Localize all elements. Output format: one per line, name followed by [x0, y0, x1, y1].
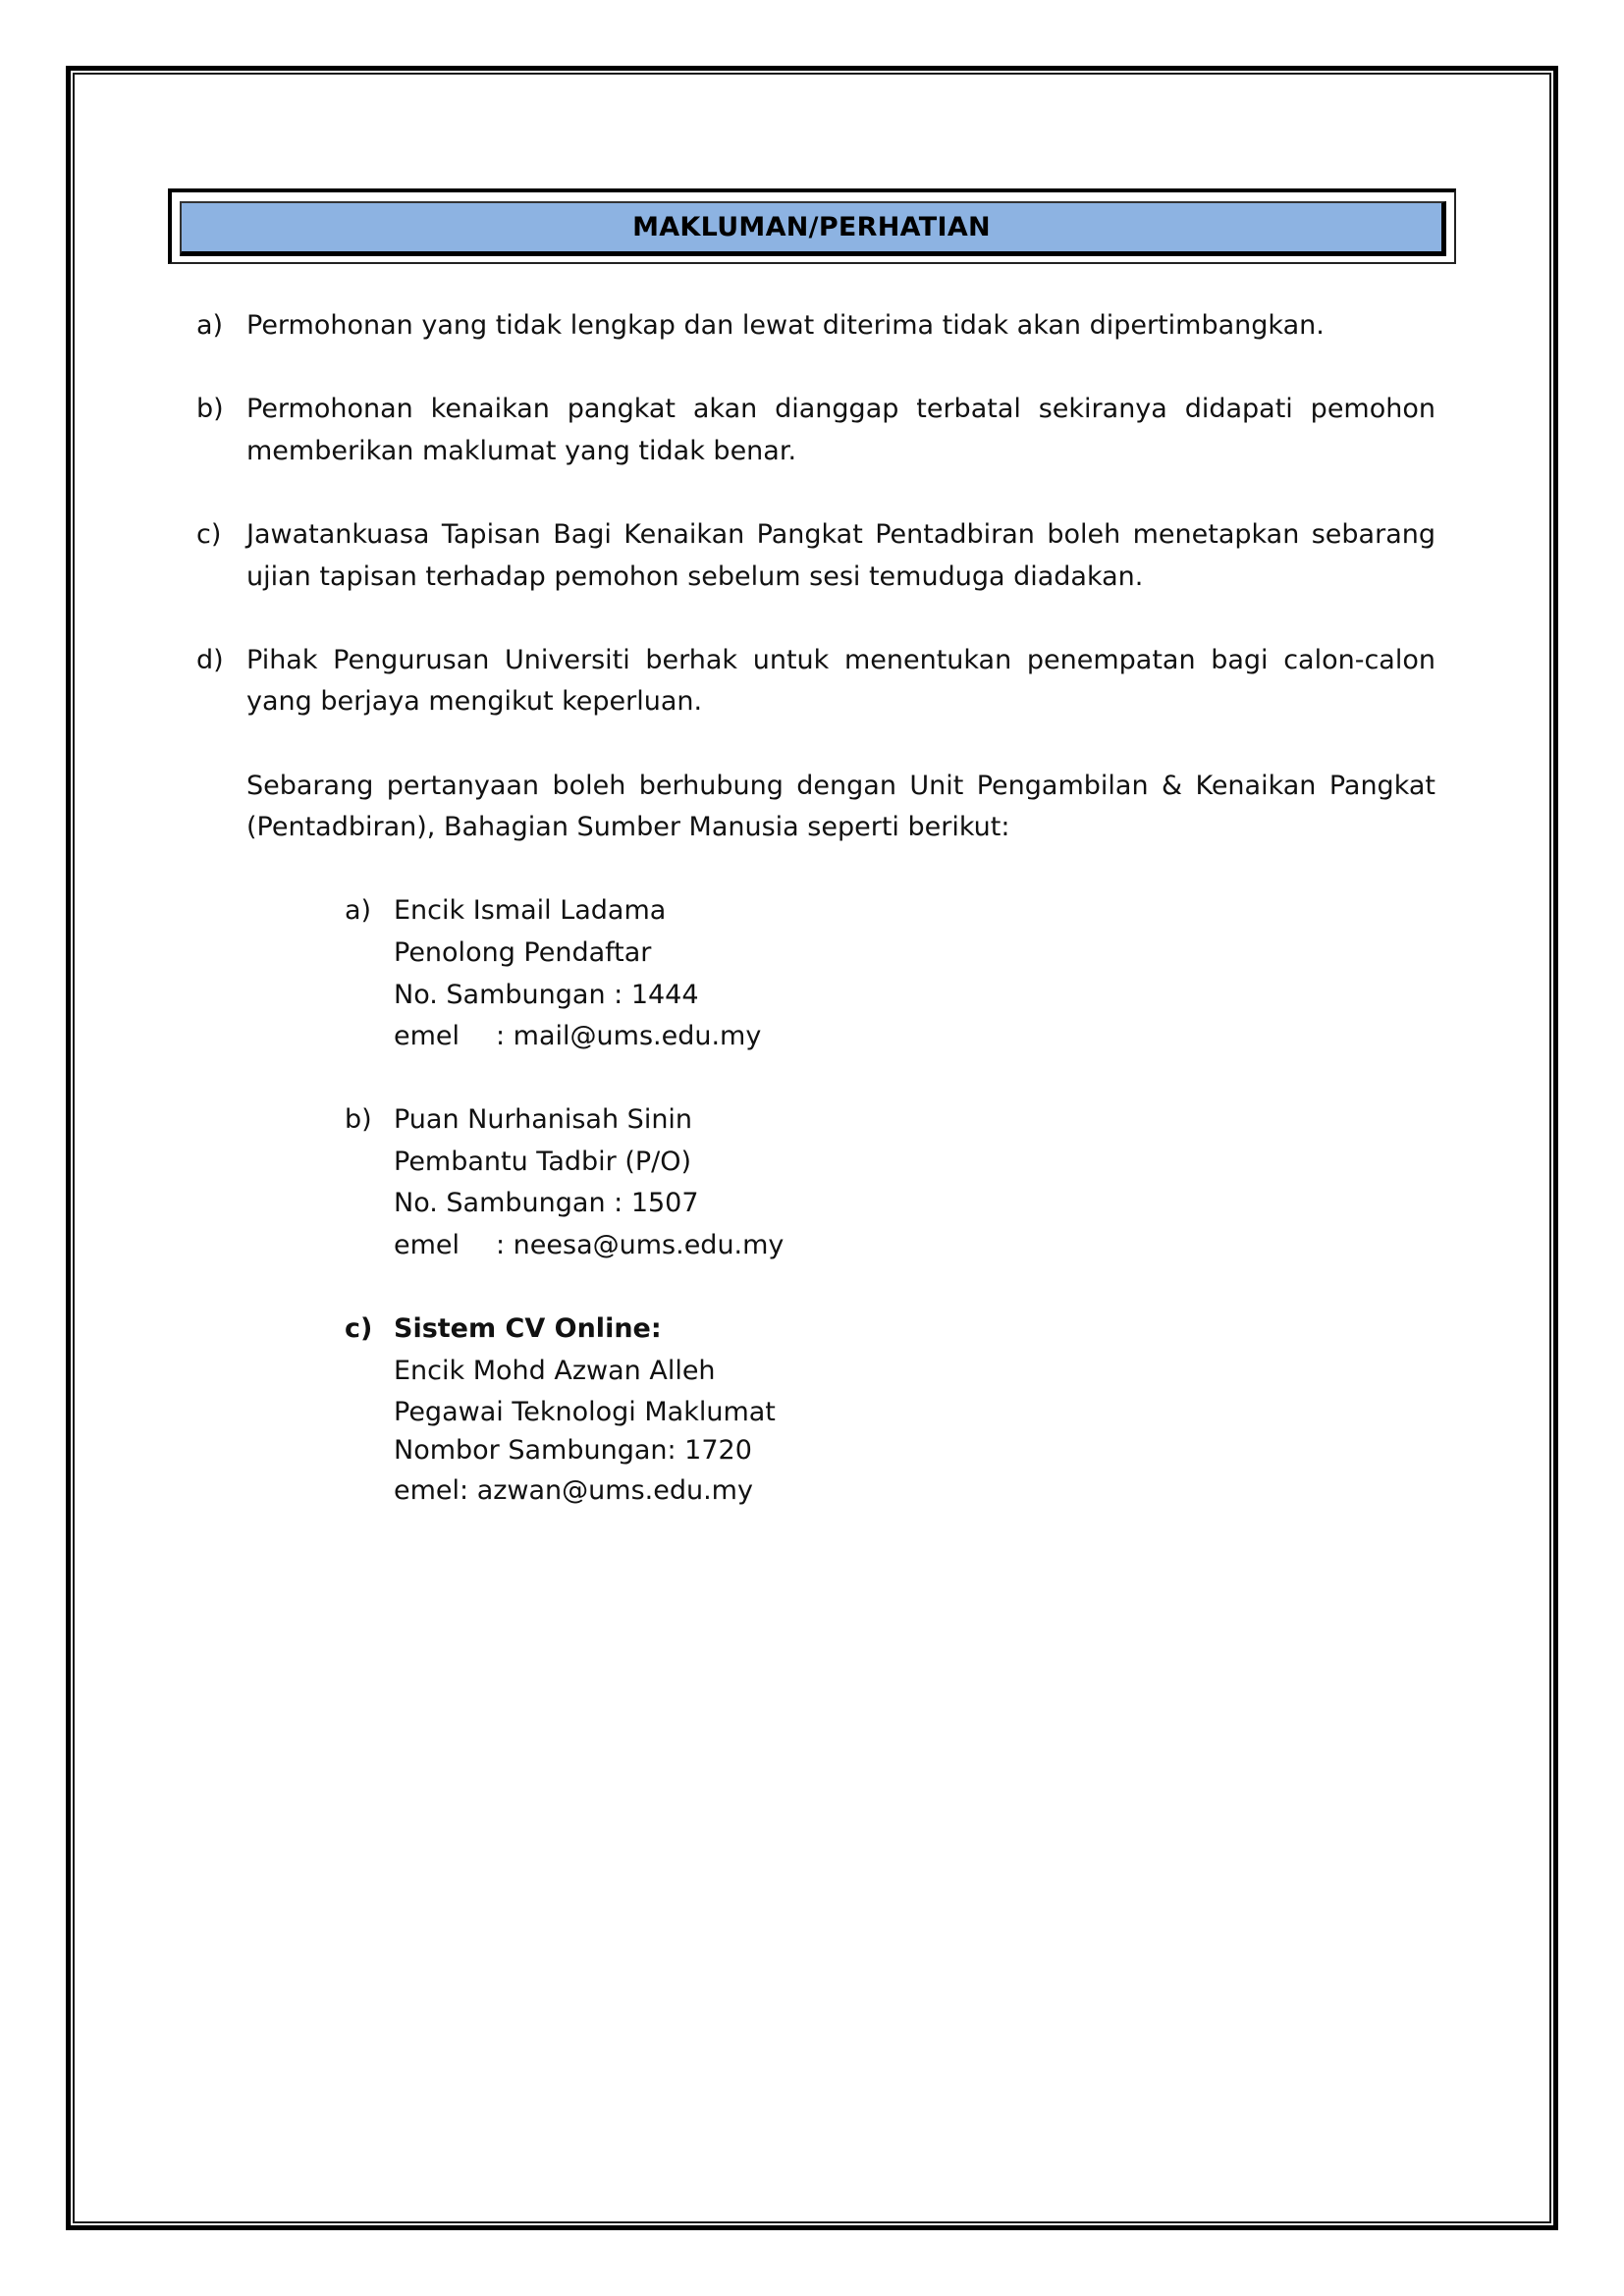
contact-email-key: emel	[394, 1016, 496, 1058]
contact-name: Puan Nurhanisah Sinin	[394, 1099, 784, 1142]
contact-entry: a) Encik Ismail Ladama Penolong Pendafta…	[345, 890, 1435, 1057]
contact-email-row: emel: azwan@ums.edu.my	[394, 1470, 776, 1513]
contact-entry: b) Puan Nurhanisah Sinin Pembantu Tadbir…	[345, 1099, 1435, 1266]
contact-name: Encik Ismail Ladama	[394, 890, 761, 933]
contact-email-key: emel	[394, 1225, 496, 1267]
contact-email-row: emel: neesa@ums.edu.my	[394, 1225, 784, 1267]
notice-item: c) Jawatankuasa Tapisan Bagi Kenaikan Pa…	[196, 514, 1435, 598]
contact-label: c)	[345, 1308, 394, 1512]
contact-position: Pegawai Teknologi Maklumat	[394, 1392, 776, 1434]
contact-label: b)	[345, 1099, 394, 1266]
notice-header-box: MAKLUMAN/PERHATIAN	[168, 188, 1456, 264]
notice-header-fill: MAKLUMAN/PERHATIAN	[180, 201, 1446, 256]
notice-item-text: Permohonan kenaikan pangkat akan diangga…	[246, 389, 1435, 472]
contact-position: Penolong Pendaftar	[394, 933, 761, 975]
notice-item-label: c)	[196, 514, 246, 598]
notice-item: d) Pihak Pengurusan Universiti berhak un…	[196, 640, 1435, 723]
notice-content: a) Permohonan yang tidak lengkap dan lew…	[196, 305, 1435, 1554]
contact-email-link[interactable]: emel: azwan@ums.edu.my	[394, 1475, 753, 1506]
contact-email-link[interactable]: : neesa@ums.edu.my	[496, 1230, 784, 1260]
contact-heading: Sistem CV Online:	[394, 1308, 776, 1351]
notice-item-text: Jawatankuasa Tapisan Bagi Kenaikan Pangk…	[246, 514, 1435, 598]
contact-extension: Nombor Sambungan: 1720	[394, 1434, 776, 1470]
contact-email-row: emel: mail@ums.edu.my	[394, 1016, 761, 1058]
contact-email-link[interactable]: : mail@ums.edu.my	[496, 1021, 761, 1051]
inquiry-paragraph: Sebarang pertanyaan boleh berhubung deng…	[246, 766, 1435, 849]
contact-entry: c) Sistem CV Online: Encik Mohd Azwan Al…	[345, 1308, 1435, 1512]
notice-item-label: b)	[196, 389, 246, 472]
notice-item-label: d)	[196, 640, 246, 723]
notice-item-text: Pihak Pengurusan Universiti berhak untuk…	[246, 640, 1435, 723]
notice-item: b) Permohonan kenaikan pangkat akan dian…	[196, 389, 1435, 472]
contact-label: a)	[345, 890, 394, 1057]
contact-name: Encik Mohd Azwan Alleh	[394, 1351, 776, 1393]
contact-extension: No. Sambungan : 1507	[394, 1183, 784, 1225]
notice-header-title: MAKLUMAN/PERHATIAN	[632, 212, 991, 242]
contact-position: Pembantu Tadbir (P/O)	[394, 1142, 784, 1184]
contact-list: a) Encik Ismail Ladama Penolong Pendafta…	[345, 890, 1435, 1512]
notice-item-label: a)	[196, 305, 246, 347]
notice-item: a) Permohonan yang tidak lengkap dan lew…	[196, 305, 1435, 347]
notice-item-text: Permohonan yang tidak lengkap dan lewat …	[246, 305, 1435, 347]
contact-extension: No. Sambungan : 1444	[394, 975, 761, 1017]
